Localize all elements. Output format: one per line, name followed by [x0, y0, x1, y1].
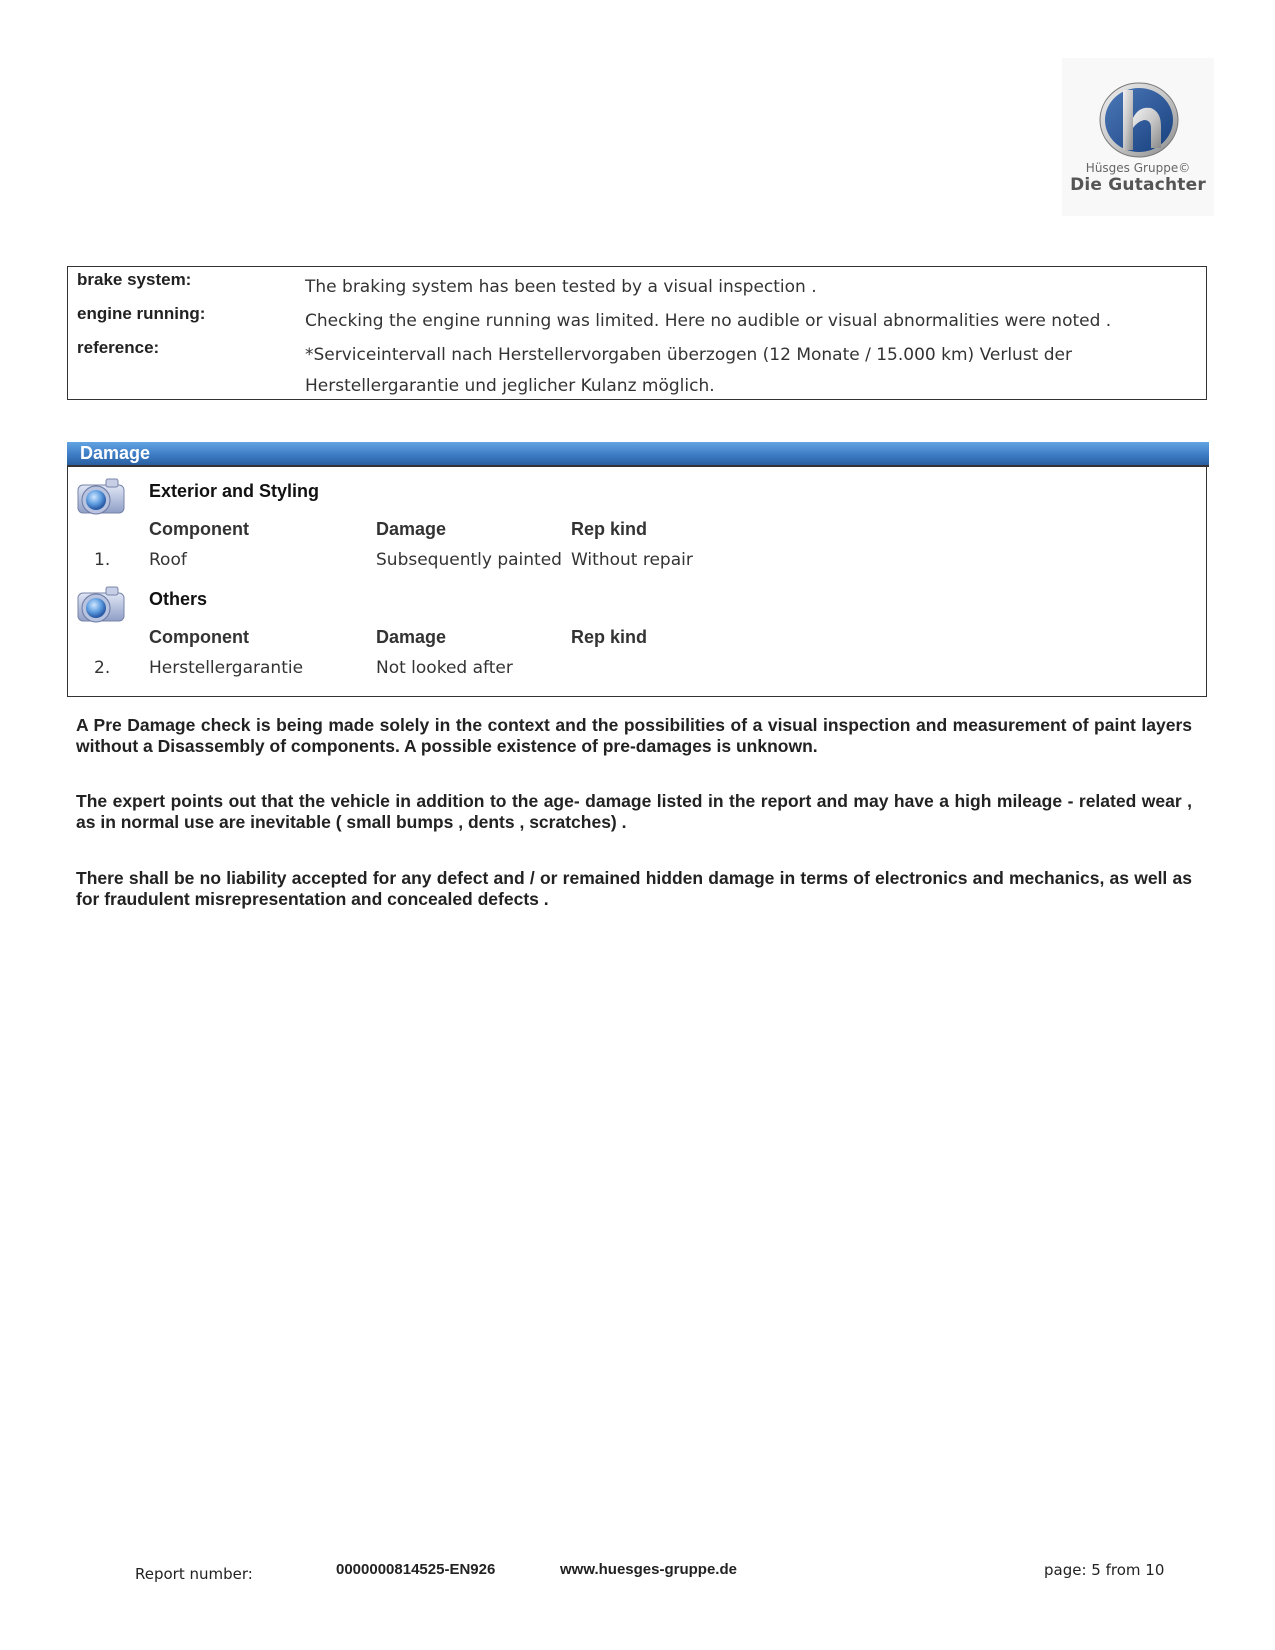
footer-report-label: Report number:: [135, 1565, 253, 1583]
row-number: 2.: [94, 658, 110, 678]
info-value-reference: *Serviceintervall nach Herstellervorgabe…: [305, 345, 1072, 365]
logo-tagline: Die Gutachter: [1062, 175, 1214, 195]
company-logo: Hüsges Gruppe© Die Gutachter: [1062, 58, 1214, 216]
footer-report-number: 0000000814525-EN926: [336, 1561, 495, 1578]
info-label-engine-running: engine running:: [77, 304, 205, 324]
column-header-rep-kind: Rep kind: [571, 627, 647, 648]
info-value-engine-running: Checking the engine running was limited.…: [305, 311, 1111, 331]
row-component: Herstellergarantie: [149, 658, 303, 678]
damage-section-header: Damage: [67, 442, 1209, 467]
disclaimer-pre-damage: A Pre Damage check is being made solely …: [76, 715, 1192, 757]
column-header-component: Component: [149, 627, 249, 648]
footer-page-number: page: 5 from 10: [1044, 1561, 1164, 1579]
row-rep-kind: Without repair: [571, 550, 693, 570]
inspection-info-table: brake system: The braking system has bee…: [67, 266, 1207, 400]
camera-icon: [76, 475, 126, 517]
category-title-exterior: Exterior and Styling: [149, 481, 319, 502]
column-header-component: Component: [149, 519, 249, 540]
row-component: Roof: [149, 550, 187, 570]
category-title-others: Others: [149, 589, 207, 610]
row-damage: Subsequently painted: [376, 550, 562, 570]
row-number: 1.: [94, 550, 110, 570]
column-header-rep-kind: Rep kind: [571, 519, 647, 540]
footer-website-link[interactable]: www.huesges-gruppe.de: [560, 1561, 737, 1578]
damage-section-title: Damage: [80, 443, 150, 464]
disclaimer-wear: The expert points out that the vehicle i…: [76, 791, 1192, 833]
camera-icon: [76, 583, 126, 625]
info-value-reference-line2: Herstellergarantie und jeglicher Kulanz …: [305, 376, 715, 396]
logo-group-name: Hüsges Gruppe©: [1062, 161, 1214, 175]
logo-h-icon: [1099, 82, 1179, 158]
column-header-damage: Damage: [376, 627, 446, 648]
row-damage: Not looked after: [376, 658, 513, 678]
damage-table: Exterior and Styling Component Damage Re…: [67, 467, 1207, 697]
disclaimer-liability: There shall be no liability accepted for…: [76, 868, 1192, 910]
column-header-damage: Damage: [376, 519, 446, 540]
info-value-brake-system: The braking system has been tested by a …: [305, 277, 817, 297]
info-label-reference: reference:: [77, 338, 159, 358]
info-label-brake-system: brake system:: [77, 270, 191, 290]
